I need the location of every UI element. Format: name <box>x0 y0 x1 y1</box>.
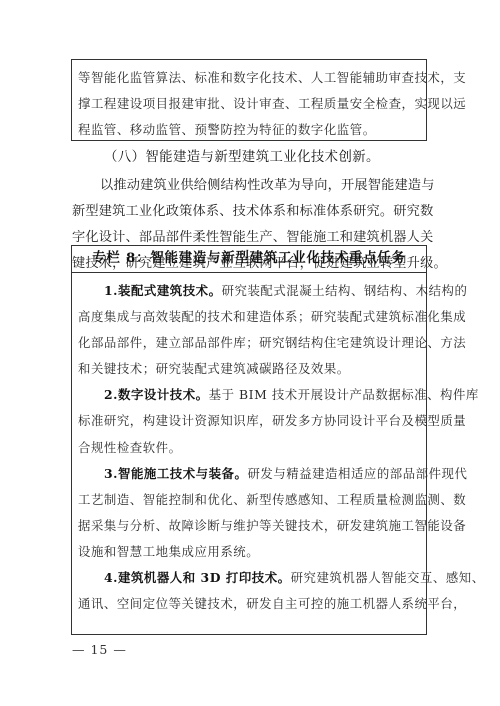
item-line: 工艺制造、智能控制和优化、新型传感感知、工程质量检测监测、数 <box>78 487 420 513</box>
item-line: 通讯、空间定位等关键技术，研发自主可控的施工机器人系统平台， <box>78 591 420 617</box>
item-label: 1.装配式建筑技术。 <box>104 283 222 298</box>
item-label: 2.数字设计技术。 <box>104 387 209 402</box>
item-line: 据采集与分析、故障诊断与维护等关键技术，研发建筑施工智能设备 <box>78 513 420 539</box>
item-line: 标准研究，构建设计资源知识库，研发多方协同设计平台及模型质量 <box>78 408 420 434</box>
item-first-line: 1.装配式建筑技术。研究装配式混凝土结构、钢结构、木结构的 <box>78 278 420 304</box>
page-number: — 15 — <box>72 640 127 660</box>
item-first-line: 2.数字设计技术。基于 BIM 技术开展设计产品数据标准、构件库 <box>78 382 420 408</box>
feature-box: 专栏 8：智能建造与新型建筑工业化技术重点任务 1.装配式建筑技术。研究装配式混… <box>71 245 427 635</box>
item-line: 化部品部件，建立部品部件库；研究钢结构住宅建筑设计理论、方法 <box>78 330 420 356</box>
section-heading: （八）智能建造与新型建筑工业化技术创新。 <box>104 146 380 170</box>
box-text-line: 撑工程建设项目报建审批、设计审查、工程质量安全检查，实现以远 <box>78 91 420 117</box>
continued-text-box: 等智能化监管算法、标准和数字化技术、人工智能辅助审查技术，支 撑工程建设项目报建… <box>71 59 427 141</box>
feature-box-body: 1.装配式建筑技术。研究装配式混凝土结构、钢结构、木结构的 高度集成与高效装配的… <box>72 273 426 617</box>
item-first-line: 4.建筑机器人和 3D 打印技术。研究建筑机器人智能交互、感知、 <box>78 565 420 591</box>
item-text: 基于 BIM 技术开展设计产品数据标准、构件库 <box>209 387 479 402</box>
item-label: 4.建筑机器人和 3D 打印技术。 <box>104 570 291 585</box>
box-text-line: 等智能化监管算法、标准和数字化技术、人工智能辅助审查技术，支 <box>78 65 420 91</box>
item-line: 合规性检查软件。 <box>78 435 420 461</box>
item-line: 高度集成与高效装配的技术和建造体系；研究装配式建筑标准化集成 <box>78 304 420 330</box>
item-first-line: 3.智能施工技术与装备。研发与精益建造相适应的部品部件现代 <box>78 461 420 487</box>
item-text: 研发与精益建造相适应的部品部件现代 <box>247 466 467 481</box>
item-text: 研究装配式混凝土结构、钢结构、木结构的 <box>222 283 468 298</box>
paragraph-line: 以推动建筑业供给侧结构性改革为导向，开展智能建造与 <box>72 173 430 199</box>
item-text: 研究建筑机器人智能交互、感知、 <box>291 570 485 585</box>
item-label: 3.智能施工技术与装备。 <box>104 466 247 481</box>
paragraph-line: 新型建筑工业化政策体系、技术体系和标准体系研究。研究数 <box>72 199 430 225</box>
item-line: 设施和智慧工地集成应用系统。 <box>78 539 420 565</box>
box-text-line: 程监管、移动监管、预警防控为特征的数字化监管。 <box>78 117 420 143</box>
feature-box-title: 专栏 8：智能建造与新型建筑工业化技术重点任务 <box>72 246 426 273</box>
item-line: 和关键技术；研究装配式建筑减碳路径及效果。 <box>78 356 420 382</box>
